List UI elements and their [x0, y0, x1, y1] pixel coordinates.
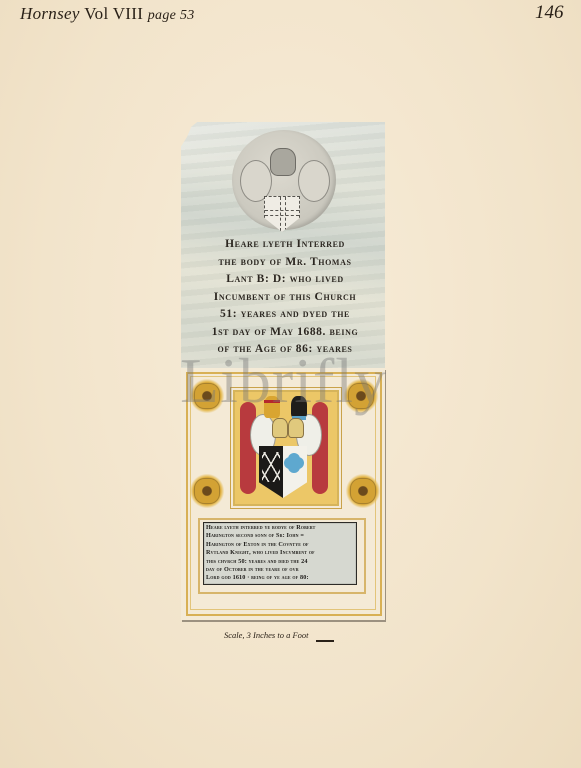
page-header: Hornsey Vol VIII page 53: [20, 4, 195, 24]
scale-bar: [316, 640, 334, 642]
header-location: Hornsey: [20, 4, 80, 23]
helmet-right-icon: [288, 418, 304, 438]
helmet-icon: [270, 148, 296, 176]
fret-charge-icon: [262, 452, 280, 482]
epitaph-line: 1st day of May 1688. being: [190, 324, 380, 342]
lower-epitaph: Heare lyeth interred ye bodye of Robert …: [206, 524, 354, 583]
watermark: Librifly: [180, 346, 410, 416]
rosette-bottom-right-icon: [346, 474, 380, 508]
cross-horizontal: [265, 210, 299, 216]
epitaph-line: Lord god 1610 · being of ye age of 80:: [206, 574, 354, 582]
header-page-ref: page 53: [148, 8, 195, 23]
epitaph-line: Heare lyeth interred ye bodye of Robert: [206, 524, 354, 532]
epitaph-line: Harington second sonn of Sr: Iohn =: [206, 532, 354, 540]
epitaph-line: 51: yeares and dyed the: [190, 306, 380, 324]
scale-note: Scale, 3 Inches to a Foot: [224, 630, 309, 640]
epitaph-line: this chvrch 50: yeares and died the 24: [206, 558, 354, 566]
mantling-left-icon: [240, 160, 272, 202]
epitaph-line: Rvtland Knight, who lived Incvmbent of: [206, 549, 354, 557]
helmet-left-icon: [272, 418, 288, 438]
page-number: 146: [535, 2, 564, 24]
mantling-right-icon: [298, 160, 330, 202]
epitaph-line: the body of Mr. Thomas: [190, 254, 380, 272]
epitaph-line: Incumbent of this Church: [190, 289, 380, 307]
epitaph-line: Harington of Exton in the Covntye of: [206, 541, 354, 549]
upper-epitaph: Heare lyeth Interred the body of Mr. Tho…: [190, 236, 380, 359]
epitaph-line: day of October in the yeare of ovr: [206, 566, 354, 574]
blue-cinquefoil-icon: [287, 456, 301, 470]
epitaph-line: Heare lyeth Interred: [190, 236, 380, 254]
rosette-bottom-left-icon: [190, 474, 224, 508]
header-volume: Vol VIII: [84, 4, 143, 23]
epitaph-line: Lant B: D: who lived: [190, 271, 380, 289]
